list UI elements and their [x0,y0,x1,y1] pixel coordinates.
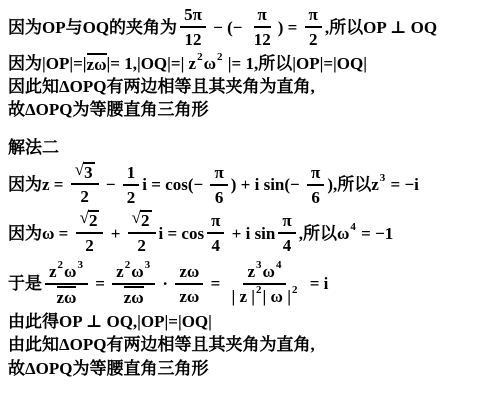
math-text: ω [131,261,143,282]
fraction: π6 [210,162,227,209]
line-angle-between-op-oq: 因为OP与OQ的夹角为5π12 − (− π12) = π2,所以OP ⊥ OQ [8,4,476,51]
fraction: π12 [250,4,275,51]
denominator: 6 [211,186,228,208]
overline-expression: zω [124,286,144,307]
math-text: | ω | [263,286,291,307]
math-text: 因为z = [8,174,68,195]
line-omega-polar-form: 因为ω = √22 + √22i = cosπ4 + i sinπ4,所以ω4 … [8,210,476,257]
math-text: 2 [127,187,136,208]
superscript: 3 [380,173,386,184]
numerator: z2ω3 [45,261,88,285]
denominator: zω [175,285,203,307]
numerator: z2ω3 [112,261,155,285]
fraction: π2 [305,4,322,51]
math-text: 2 [137,235,146,256]
math-text: 4 [283,235,292,256]
fraction: 5π12 [180,4,206,51]
math-text: ω [204,53,216,74]
superscript: 2 [197,52,203,63]
numerator: π [307,162,324,186]
math-text: i = cos(− [142,174,207,195]
math-text: π [282,210,291,231]
math-text: |= 1,所以|OP|=|OQ| [224,53,367,74]
math-text: 4 [211,235,220,256]
superscript: 2 [125,260,131,271]
numerator: π [278,210,295,234]
radicand: 3 [83,162,95,183]
math-text: 2 [80,186,89,207]
math-text: ) + i sin(− [231,174,304,195]
math-text: π [258,4,267,25]
math-text: ),所以z [327,174,378,195]
radicand: 2 [140,210,152,231]
math-text: 6 [311,187,320,208]
math-text: 2 [309,29,318,50]
math-text: · [158,273,172,294]
numerator: √3 [71,162,99,186]
math-text: = −i [386,174,419,195]
math-text: 12 [184,29,201,50]
math-text: ω [263,261,275,282]
math-text: = i [305,273,328,294]
fraction: π4 [207,210,224,257]
math-text: 故ΔOPQ为等腰直角三角形 [8,358,209,379]
denominator: 2 [305,28,322,50]
math-text: 2 [85,235,94,256]
math-text: − [102,174,120,195]
math-text: ,所以ω [299,223,350,244]
denominator: 12 [250,28,275,50]
superscript: 3 [145,260,151,271]
math-text: 解法二 [8,137,59,158]
radical-sign: √ [75,161,84,182]
denominator: 2 [133,234,150,256]
fraction: zωzω [175,261,203,308]
line-isosceles-right-triangle-2: 故ΔOPQ为等腰直角三角形 [8,358,476,379]
math-text: 故ΔOPQ为等腰直角三角形 [8,99,209,120]
superscript: 4 [350,222,356,233]
math-text: zω [179,286,199,307]
denominator: 2 [81,234,98,256]
numerator: π [305,4,322,28]
line-conclusion-perpendicular: 由此得OP ⊥ OQ,|OP|=|OQ| [8,311,476,332]
fraction: √22 [76,210,104,256]
math-text: + [106,223,124,244]
fraction: z3ω4| z |2| ω |2 [228,261,303,308]
superscript: 2 [58,260,64,271]
math-text: π [211,210,220,231]
math-text: z [247,261,255,282]
math-text: 由此知ΔOPQ有两边相等且其夹角为直角, [8,334,315,355]
numerator: zω [175,261,203,285]
fraction: √22 [128,210,156,256]
superscript: 3 [256,260,262,271]
math-text: z [49,261,57,282]
overline-expression: zω [57,286,77,307]
denominator: 6 [307,186,324,208]
math-text: 因为OP与OQ的夹角为 [8,17,177,38]
fraction: π6 [307,162,324,209]
line-z-polar-form: 因为z = √32 − 12i = cos(− π6) + i sin(− π6… [8,162,476,209]
math-text: = −1 [357,223,393,244]
denominator: | z |2| ω |2 [228,285,303,307]
denominator: 2 [123,186,140,208]
sqrt-expression: √2 [132,210,152,231]
math-text: 因为ω = [8,223,73,244]
denominator: zω [53,285,81,307]
line-fraction-derivation: 于是z2ω3zω = z2ω3zω · zωzω = z3ω4| z |2| ω… [8,261,476,308]
radical-sign: √ [132,209,141,230]
sqrt-expression: √2 [80,210,100,231]
math-text: 1 [127,162,136,183]
numerator: 5π [180,4,206,28]
math-text: = [206,273,224,294]
math-text: = [91,273,109,294]
math-text: ,所以OP ⊥ OQ [325,17,437,38]
math-text: ω [64,261,76,282]
sqrt-expression: √3 [75,162,95,183]
overline-expression: zω [87,53,107,74]
math-text: z [116,261,124,282]
denominator: 4 [207,234,224,256]
denominator: zω [120,285,148,307]
math-text: |= 1,|OQ|=| z [107,53,197,74]
numerator: π [210,162,227,186]
math-text: − (− [209,17,247,38]
line-modulus-equal: 因为|OP|=|zω|= 1,|OQ|=| z2ω2 |= 1,所以|OP|=|… [8,53,476,74]
numerator: π [207,210,224,234]
math-text: 5π [184,4,202,25]
math-text: π [309,4,318,25]
denominator: 4 [279,234,296,256]
numerator: √2 [128,210,156,234]
line-two-sides-equal-2: 由此知ΔOPQ有两边相等且其夹角为直角, [8,334,476,355]
fraction: z2ω3zω [45,261,88,307]
superscript: 2 [217,52,223,63]
fraction: π4 [278,210,295,257]
radical-sign: √ [80,209,89,230]
math-text: π [214,162,223,183]
fraction: z2ω3zω [112,261,155,307]
superscript: 2 [256,285,262,296]
superscript: 4 [276,260,282,271]
math-text: 于是 [8,273,42,294]
denominator: 2 [76,185,93,207]
math-text: 6 [215,187,224,208]
line-isosceles-right-triangle: 故ΔOPQ为等腰直角三角形 [8,99,476,120]
fraction: √32 [71,162,99,208]
math-text: 12 [254,29,271,50]
numerator: √2 [76,210,104,234]
heading-method-two: 解法二 [8,137,476,158]
math-text: | z | [232,286,256,307]
math-text: + i sin [227,223,275,244]
math-text: ) = [278,17,302,38]
math-text: i = cos [159,223,205,244]
math-document: 因为OP与OQ的夹角为5π12 − (− π12) = π2,所以OP ⊥ OQ… [8,4,476,380]
denominator: 12 [180,28,205,50]
numerator: 1 [123,162,140,186]
math-text: 因为|OP|=| [8,53,87,74]
math-text: π [311,162,320,183]
superscript: 3 [77,260,83,271]
fraction: 12 [123,162,140,209]
numerator: π [254,4,271,28]
superscript: 2 [292,285,298,296]
numerator: z3ω4 [243,261,286,285]
line-two-sides-equal: 因此知ΔOPQ有两边相等且其夹角为直角, [8,76,476,97]
math-text: 因此知ΔOPQ有两边相等且其夹角为直角, [8,76,315,97]
radicand: 2 [88,210,100,231]
math-text: zω [179,261,199,282]
math-text: 由此得OP ⊥ OQ,|OP|=|OQ| [8,311,212,332]
